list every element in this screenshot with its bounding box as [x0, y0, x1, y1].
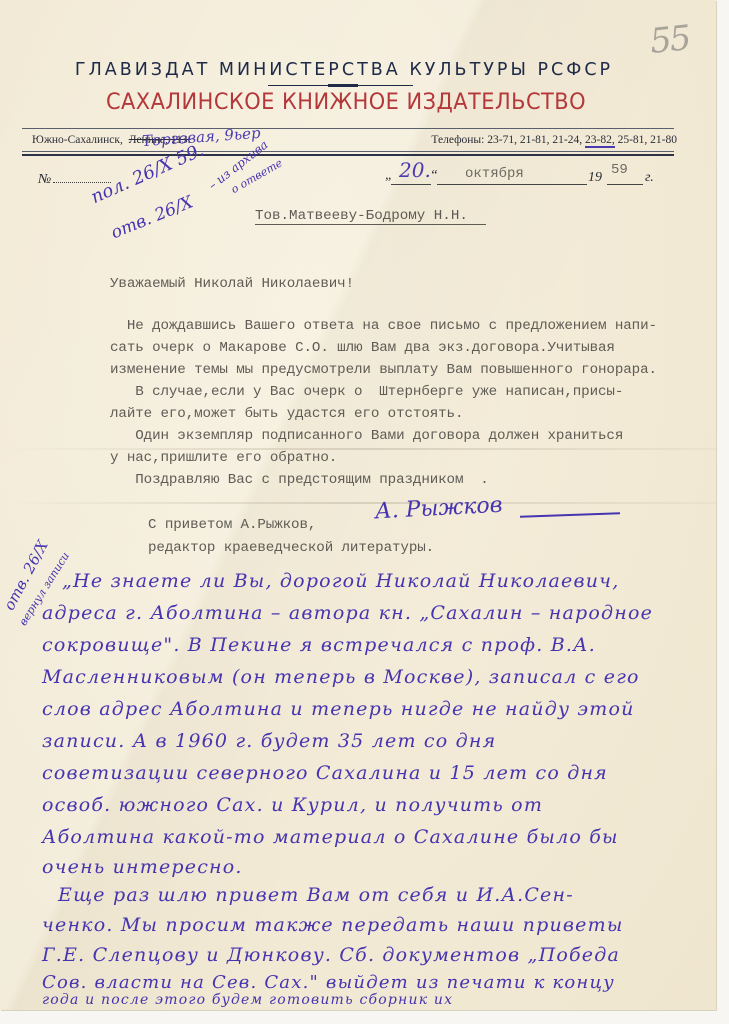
date-month-line — [437, 184, 587, 185]
letterhead-rule-bottom — [22, 154, 674, 156]
postscript-line: Масленниковым (он теперь в Москве), запи… — [42, 666, 640, 688]
body-line: В случае,если у Вас очерк о Штернберге у… — [110, 384, 623, 400]
postscript-line: записи. А в 1960 г. будет 35 лет со дня — [42, 730, 496, 752]
date-year-line — [607, 184, 643, 185]
closing-greeting: С приветом А.Рыжков, — [148, 517, 316, 533]
salutation: Уважаемый Николай Николаевич! — [110, 276, 354, 292]
body-line: Поздравляю Вас с предстоящим праздником … — [110, 472, 489, 488]
body-line: Не дождавшись Вашего ответа на свое пись… — [110, 318, 657, 334]
body-line: у нас,пришлите его обратно. — [110, 450, 337, 466]
signature-flourish — [520, 512, 620, 517]
phone-underlined: 23-82, — [585, 134, 615, 148]
body-line: изменение темы мы предусмотрели выплату … — [110, 362, 657, 378]
postscript-line: Аболтина какой-то материал о Сахалине бы… — [42, 826, 619, 848]
postscript-line: советизации северного Сахалина и 15 лет … — [42, 762, 608, 784]
phones-label: Телефоны: — [431, 134, 484, 146]
postscript-line: Г.Е. Слепцову и Дюнкову. Сб. документов … — [42, 944, 620, 966]
postscript-line: ченко. Мы просим также передать наши при… — [42, 914, 624, 936]
letterhead-rule-mid — [22, 151, 674, 152]
letterhead-organization: ГЛАВИЗДАТ МИНИСТЕРСТВА КУЛЬТУРЫ РСФСР — [0, 60, 702, 80]
date-close-quote: “ — [430, 168, 438, 184]
body-line: Один экземпляр подписанного Вами договор… — [110, 428, 623, 444]
addressee-line: Тов.Матвееву-Бодрому Н.Н. — [255, 208, 486, 225]
closing-title: редактор краеведческой литературы. — [148, 540, 434, 556]
postscript-line: очень интересно. — [42, 856, 243, 878]
address-city: Южно-Сахалинск, — [32, 134, 123, 146]
letterhead-divider — [268, 85, 413, 86]
margin-note-answered: отв. 26/X — [108, 192, 196, 243]
paper-fold-line — [0, 448, 716, 450]
letter-page: 55 ГЛАВИЗДАТ МИНИСТЕРСТВА КУЛЬТУРЫ РСФСР… — [0, 0, 716, 1010]
reference-number-label: № — [38, 172, 51, 187]
postscript-line: сокровище". В Пекине я встречался с проф… — [42, 634, 596, 656]
date-century: 19 — [588, 170, 602, 186]
date-year-abbrev: г. — [645, 170, 654, 186]
phones-tail: 25-81, 21-80 — [618, 134, 677, 146]
postscript-line: Сов. власти на Сев. Сах." выйдет из печа… — [42, 972, 615, 993]
phone-numbers: Телефоны: 23-71, 21-81, 21-24, 23-82, 25… — [431, 134, 677, 146]
letterhead-rule-top — [22, 128, 674, 129]
letterhead-publisher: САХАЛИНСКОЕ КНИЖНОЕ ИЗДАТЕЛЬСТВО — [6, 90, 686, 115]
body-line: лайте его,может быть удастся его отстоят… — [110, 406, 463, 422]
archive-page-number: 55 — [648, 18, 691, 62]
phones-list: 23-71, 21-81, 21-24, — [487, 134, 582, 146]
date-month: октября — [465, 166, 524, 182]
postscript-line: слов адрес Аболтина и теперь нигде не на… — [42, 698, 635, 720]
postscript-line: Еще раз шлю привет Вам от себя и И.А.Сен… — [58, 884, 574, 906]
date-line: „ 20. “ октября 19 59 г. — [385, 162, 675, 188]
date-open-quote: „ — [385, 168, 393, 184]
signature: А. Рыжков — [374, 493, 503, 525]
body-line: сать очерк о Макарове С.О. шлю Вам два э… — [110, 340, 615, 356]
paper-fold-line — [0, 502, 716, 504]
postscript-line: года и после этого будем готовить сборни… — [42, 992, 453, 1008]
date-day-handwritten: 20. — [399, 158, 431, 182]
date-year: 59 — [611, 162, 628, 178]
date-day-line — [391, 184, 431, 185]
postscript-line: адреса г. Аболтина – автора кн. „Сахалин… — [42, 602, 653, 624]
postscript-line: освоб. южного Сах. и Курил, и получить о… — [42, 794, 543, 816]
postscript-line: „Не знаете ли Вы, дорогой Николай Никола… — [62, 570, 619, 592]
